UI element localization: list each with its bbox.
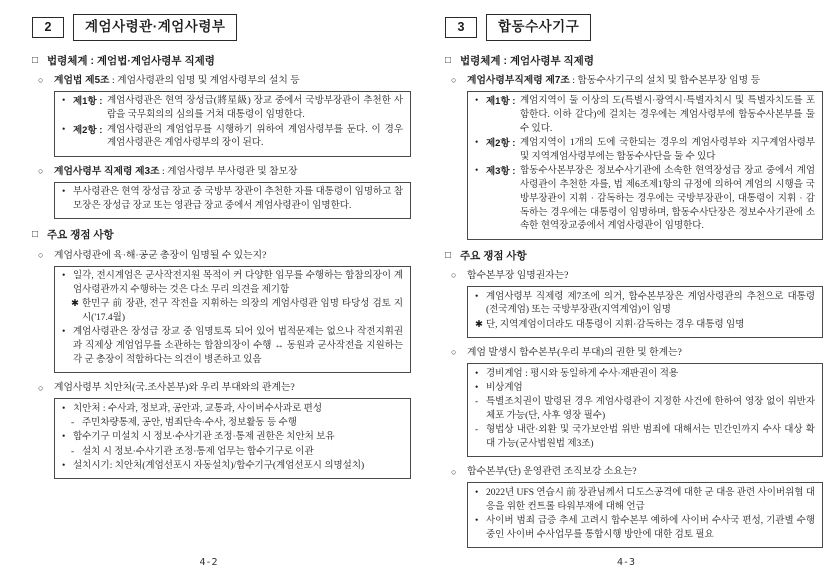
content-box: • 2022년 UFS 연습시 前 장관님께서 디도스공격에 대한 군 대응 관…	[467, 482, 823, 548]
box-line: • 계엄사령부 직제령 제7조에 의거, 합수본부장은 계엄사령관의 추천으로 …	[475, 291, 815, 319]
circle-bullet-icon: ○	[38, 165, 43, 178]
circle-bullet-icon: ○	[38, 249, 43, 262]
subsection-heading-rest: : 계엄사령부 부사령관 및 참모장	[160, 166, 298, 177]
dash-icon: -	[475, 424, 478, 438]
line-text: 주민차량통제, 공안, 범죄단속·수사, 정보활동 등 수행	[82, 418, 297, 428]
bullet-icon: •	[475, 487, 478, 501]
bullet-icon: •	[475, 137, 478, 151]
bullet-icon: •	[475, 95, 478, 109]
line-text: 합수기구 미설치 시 정보·수사기관 조정·통제 권한은 치안처 보유	[73, 432, 335, 442]
section-heading-legal-system: □ 법령체계 : 계엄사령부 직제령	[445, 54, 825, 69]
line-text: 계엄사령부 직제령 제7조에 의거, 합수본부장은 계엄사령관의 추천으로 대통…	[486, 292, 815, 316]
section-heading-text: 주요 쟁점 사항	[47, 229, 114, 241]
box-line: - 주민차량통제, 공안, 범죄단속·수사, 정보활동 등 수행	[71, 417, 403, 431]
line-text: 설치 시 정보·수사기관 조정·통제 업무는 합수기구로 이관	[82, 447, 314, 457]
bullet-icon: •	[62, 124, 65, 138]
section-heading-key-issues: □ 주요 쟁점 사항	[445, 249, 825, 264]
line-text: 한민구 前 장관, 전구 작전을 지휘하는 의장의 계엄사령관 임명 타당성 검…	[82, 299, 403, 323]
page-header: 2 계엄사령관·계엄사령부	[32, 14, 413, 41]
line-text: 합동수사본부장은 정보수사기관에 소속한 현역장성급 장교 중에서 계엄사령관이…	[520, 166, 815, 231]
section-heading-text: 법령체계 : 계엄사령부 직제령	[460, 55, 594, 67]
box-line: • 계엄사령관은 장성급 장교 중 임명토록 되어 있어 법적문제는 없으나 작…	[62, 326, 403, 367]
bullet-icon: •	[62, 403, 65, 417]
subsection-heading-rest: 합수본부장 임명권자는?	[467, 270, 568, 281]
line-text: 단, 지역계엄이더라도 대통령이 지휘·감독하는 경우 대통령 임명	[486, 320, 744, 330]
star-icon: ✱	[71, 298, 79, 312]
line-text: 형법상 내란·외환 및 국가보안법 위반 범죄에 대해서는 민간인까지 수사 대…	[486, 425, 815, 449]
star-icon: ✱	[475, 319, 483, 333]
box-line: • 치안처 : 수사과, 정보과, 공안과, 교통과, 사이버수사과로 편성	[62, 403, 403, 417]
line-text: 설치시기: 치안처(계엄선포시 자동설치)/합수기구(계엄선포시 의명설치)	[73, 461, 364, 471]
section-number-badge: 3	[445, 17, 477, 38]
box-line: • 일각, 전시계엄은 군사작전지원 목적이 커 다양한 임무를 수행하는 합참…	[62, 270, 403, 298]
box-line: • 제1항 : 계엄사령관은 현역 장성급(將星級) 장교 중에서 국방부장관이…	[62, 95, 403, 123]
subsection-question-appointing-authority: ○ 합수본부장 임명권자는?	[451, 269, 825, 283]
box-line: • 제2항 : 계엄지역이 1개의 도에 국한되는 경우의 계엄사령부와 지구계…	[475, 137, 815, 165]
page-4-2: 2 계엄사령관·계엄사령부 □ 법령체계 : 계엄법·계엄사령부 직제령 ○ 계…	[0, 0, 417, 583]
box-line: - 설치 시 정보·수사기관 조정·통제 업무는 합수기구로 이관	[71, 446, 403, 460]
content-box: • 제1항 : 계엄사령관은 현역 장성급(將星級) 장교 중에서 국방부장관이…	[54, 91, 411, 157]
box-line: ✱ 단, 지역계엄이더라도 대통령이 지휘·감독하는 경우 대통령 임명	[475, 319, 815, 333]
subsection-question-security-bureau: ○ 계엄사령부 치안처(국.조사본부)와 우리 부대와의 관계는?	[38, 381, 413, 395]
clause-label: 제2항 :	[73, 124, 102, 138]
subsection-heading-decree-art3: ○ 계엄사령부 직제령 제3조 : 계엄사령부 부사령관 및 참모장	[38, 165, 413, 179]
content-box: • 일각, 전시계엄은 군사작전지원 목적이 커 다양한 임무를 수행하는 합참…	[54, 266, 411, 373]
clause-label: 제2항 :	[486, 137, 515, 151]
page-number: 4-3	[417, 556, 835, 571]
circle-bullet-icon: ○	[38, 382, 43, 395]
box-line: • 제1항 : 계엄지역이 둘 이상의 도(특별시·광역시·특별자치시 및 특별…	[475, 95, 815, 136]
bullet-icon: •	[62, 95, 65, 109]
box-line: - 형법상 내란·외환 및 국가보안법 위반 범죄에 대해서는 민간인까지 수사…	[475, 424, 815, 452]
line-text: 특별조치권이 발령된 경우 계엄사령관이 지정한 사건에 한하여 영장 없이 위…	[486, 397, 815, 421]
subsection-heading-rest: : 합동수사기구의 설치 및 합수본부장 임명 등	[570, 75, 760, 86]
line-text: 계엄지역이 둘 이상의 도(특별시·광역시·특별자치시 및 특별자치도를 포함한…	[520, 96, 815, 134]
circle-bullet-icon: ○	[38, 74, 43, 87]
bullet-icon: •	[62, 270, 65, 284]
clause-label: 제1항 :	[486, 95, 515, 109]
clause-label: 제1항 :	[73, 95, 102, 109]
subsection-heading-rest: 계엄사령부 치안처(국.조사본부)와 우리 부대와의 관계는?	[54, 382, 295, 393]
square-bullet-icon: □	[445, 54, 451, 69]
dash-icon: -	[475, 396, 478, 410]
square-bullet-icon: □	[445, 249, 451, 264]
circle-bullet-icon: ○	[451, 346, 456, 359]
content-box: • 치안처 : 수사과, 정보과, 공안과, 교통과, 사이버수사과로 편성 -…	[54, 398, 411, 479]
line-text: 치안처 : 수사과, 정보과, 공안과, 교통과, 사이버수사과로 편성	[73, 404, 322, 414]
bullet-icon: •	[475, 165, 478, 179]
subsection-heading-decree-art7: ○ 계엄사령부직제령 제7조 : 합동수사기구의 설치 및 합수본부장 임명 등	[451, 74, 825, 88]
box-line: • 제3항 : 합동수사본부장은 정보수사기관에 소속한 현역장성급 장교 중에…	[475, 165, 815, 234]
subsection-heading-bold: 계엄사령부 직제령 제3조	[54, 166, 160, 177]
circle-bullet-icon: ○	[451, 466, 456, 479]
section-heading-text: 법령체계 : 계엄법·계엄사령부 직제령	[47, 55, 215, 67]
circle-bullet-icon: ○	[451, 269, 456, 282]
line-text: 2022년 UFS 연습시 前 장관님께서 디도스공격에 대한 군 대응 관련 …	[486, 488, 815, 512]
clause-label: 제3항 :	[486, 165, 515, 179]
content-box: • 계엄사령부 직제령 제7조에 의거, 합수본부장은 계엄사령관의 추천으로 …	[467, 286, 823, 338]
page-header: 3 합동수사기구	[445, 14, 825, 41]
box-line: • 경비계엄 : 평시와 동일하게 수사·재판권이 적용	[475, 368, 815, 382]
content-box: • 제1항 : 계엄지역이 둘 이상의 도(특별시·광역시·특별자치시 및 특별…	[467, 91, 823, 240]
line-text: 사이버 범죄 급증 추세 고려시 합수본부 예하에 사이버 수사국 편성, 기관…	[486, 516, 815, 540]
page-number: 4-2	[0, 556, 417, 571]
subsection-heading-rest: 계엄 발생시 합수본부(우리 부대)의 권한 및 한계는?	[467, 347, 682, 358]
section-heading-text: 주요 쟁점 사항	[460, 250, 527, 262]
box-line: ✱ 한민구 前 장관, 전구 작전을 지휘하는 의장의 계엄사령관 임명 타당성…	[71, 298, 403, 326]
page-4-3: 3 합동수사기구 □ 법령체계 : 계엄사령부 직제령 ○ 계엄사령부직제령 제…	[417, 0, 835, 583]
subsection-question-authority-limits: ○ 계엄 발생시 합수본부(우리 부대)의 권한 및 한계는?	[451, 346, 825, 360]
bullet-icon: •	[62, 186, 65, 200]
bullet-icon: •	[475, 382, 478, 396]
line-text: 계엄지역이 1개의 도에 국한되는 경우의 계엄사령부와 지구계엄사령부 및 지…	[520, 138, 815, 162]
box-line: • 설치시기: 치안처(계엄선포시 자동설치)/합수기구(계엄선포시 의명설치)	[62, 460, 403, 474]
box-line: • 제2항 : 계엄사령관의 계엄업무를 시행하기 위하여 계엄사령부를 둔다.…	[62, 124, 403, 152]
line-text: 비상계엄	[486, 383, 523, 393]
line-text: 일각, 전시계엄은 군사작전지원 목적이 커 다양한 임무를 수행하는 합참의장…	[73, 271, 403, 295]
box-line: • 2022년 UFS 연습시 前 장관님께서 디도스공격에 대한 군 대응 관…	[475, 487, 815, 515]
line-text: 계엄사령관은 현역 장성급(將星級) 장교 중에서 국방부장관이 추천한 사람을…	[107, 96, 403, 120]
subsection-heading-bold: 계엄법 제5조	[54, 75, 110, 86]
page-title: 계엄사령관·계엄사령부	[73, 14, 237, 41]
content-box: • 부사령관은 현역 장성급 장교 중 국방부 장관이 추천한 자를 대통령이 …	[54, 182, 411, 220]
bullet-icon: •	[62, 431, 65, 445]
bullet-icon: •	[475, 368, 478, 382]
section-heading-key-issues: □ 주요 쟁점 사항	[32, 228, 413, 243]
square-bullet-icon: □	[32, 228, 38, 243]
subsection-heading-martial-law-art5: ○ 계엄법 제5조 : 계엄사령관의 임명 및 계엄사령부의 설치 등	[38, 74, 413, 88]
document-scan: 2 계엄사령관·계엄사령부 □ 법령체계 : 계엄법·계엄사령부 직제령 ○ 계…	[0, 0, 835, 583]
box-line: • 부사령관은 현역 장성급 장교 중 국방부 장관이 추천한 자를 대통령이 …	[62, 186, 403, 214]
square-bullet-icon: □	[32, 54, 38, 69]
section-number-badge: 2	[32, 17, 64, 38]
line-text: 부사령관은 현역 장성급 장교 중 국방부 장관이 추천한 자를 대통령이 임명…	[73, 187, 403, 211]
box-line: • 사이버 범죄 급증 추세 고려시 합수본부 예하에 사이버 수사국 편성, …	[475, 515, 815, 543]
section-heading-legal-system: □ 법령체계 : 계엄법·계엄사령부 직제령	[32, 54, 413, 69]
subsection-heading-rest: 합수본부(단) 운영관련 조직보강 소요는?	[467, 466, 637, 477]
bullet-icon: •	[62, 460, 65, 474]
box-line: • 합수기구 미설치 시 정보·수사기관 조정·통제 권한은 치안처 보유	[62, 431, 403, 445]
box-line: - 특별조치권이 발령된 경우 계엄사령관이 지정한 사건에 한하여 영장 없이…	[475, 396, 815, 424]
circle-bullet-icon: ○	[451, 74, 456, 87]
dash-icon: -	[71, 417, 74, 431]
line-text: 경비계엄 : 평시와 동일하게 수사·재판권이 적용	[486, 369, 678, 379]
subsection-question-org-reinforcement: ○ 합수본부(단) 운영관련 조직보강 소요는?	[451, 465, 825, 479]
box-line: • 비상계엄	[475, 382, 815, 396]
subsection-heading-rest: : 계엄사령관의 임명 및 계엄사령부의 설치 등	[110, 75, 300, 86]
content-box: • 경비계엄 : 평시와 동일하게 수사·재판권이 적용 • 비상계엄 - 특별…	[467, 363, 823, 457]
dash-icon: -	[71, 446, 74, 460]
bullet-icon: •	[475, 291, 478, 305]
page-title: 합동수사기구	[486, 14, 591, 41]
bullet-icon: •	[62, 326, 65, 340]
subsection-heading-rest: 계엄사령관에 육·해·공군 총장이 임명될 수 있는지?	[54, 250, 266, 261]
line-text: 계엄사령관의 계엄업무를 시행하기 위하여 계엄사령부를 둔다. 이 경우 계엄…	[107, 125, 403, 149]
subsection-heading-bold: 계엄사령부직제령 제7조	[467, 75, 570, 86]
line-text: 계엄사령관은 장성급 장교 중 임명토록 되어 있어 법적문제는 없으나 작전지…	[73, 327, 403, 365]
bullet-icon: •	[475, 515, 478, 529]
subsection-question-commander-appointment: ○ 계엄사령관에 육·해·공군 총장이 임명될 수 있는지?	[38, 249, 413, 263]
